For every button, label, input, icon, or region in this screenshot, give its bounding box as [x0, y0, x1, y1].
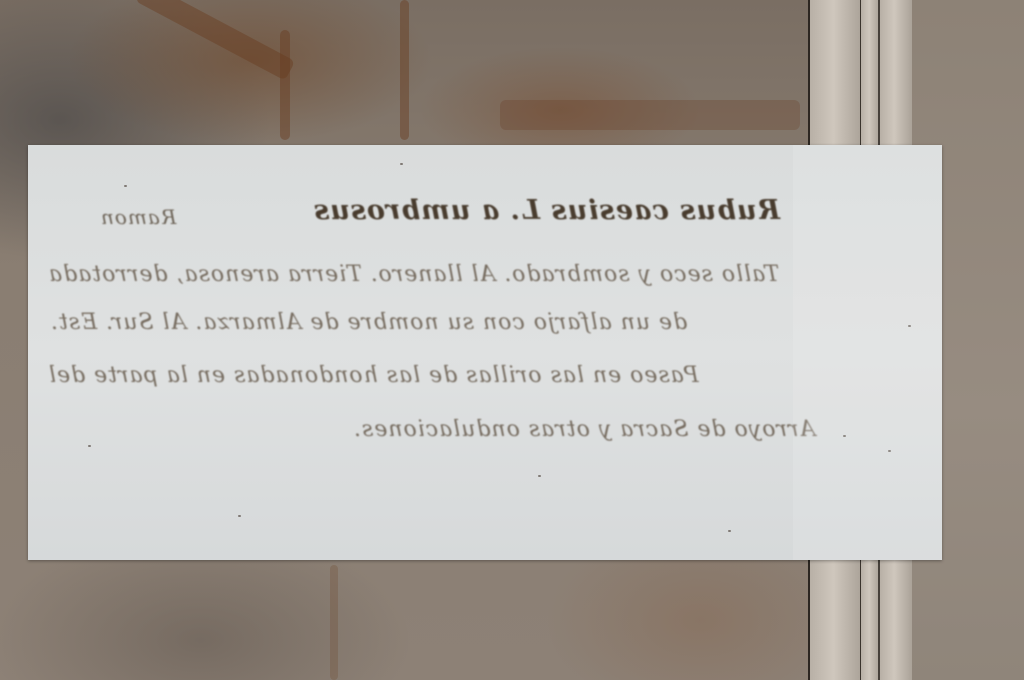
water-stain [500, 100, 800, 130]
paper-fleck [888, 450, 891, 452]
paper-fleck [238, 515, 241, 517]
label-collector: Ramon [100, 205, 176, 229]
paper-fleck [843, 435, 846, 437]
paper-fleck [124, 185, 127, 187]
paper-fleck [538, 475, 541, 477]
label-title: Rubus caesius L. a umbrosus [313, 195, 780, 226]
paper-fleck [908, 325, 911, 327]
label-line-3: Paseo en las orillas de las hondonadas e… [48, 363, 699, 388]
herbarium-label: Rubus caesius L. a umbrosus Ramon Tallo … [28, 145, 942, 560]
label-line-2: de un alfarjo con su nombre de Almarza. … [50, 310, 687, 335]
water-stain [330, 565, 338, 680]
paper-fleck [728, 530, 731, 532]
label-line-1: Tallo seco y sombrado. Al llanero. Tierr… [48, 262, 779, 287]
paper-fleck [88, 445, 91, 447]
label-line-4: Arroyo de Sacra y otras ondulaciones. [353, 417, 815, 442]
water-stain [280, 30, 290, 140]
paper-fleck [400, 163, 403, 165]
water-stain [400, 0, 409, 140]
